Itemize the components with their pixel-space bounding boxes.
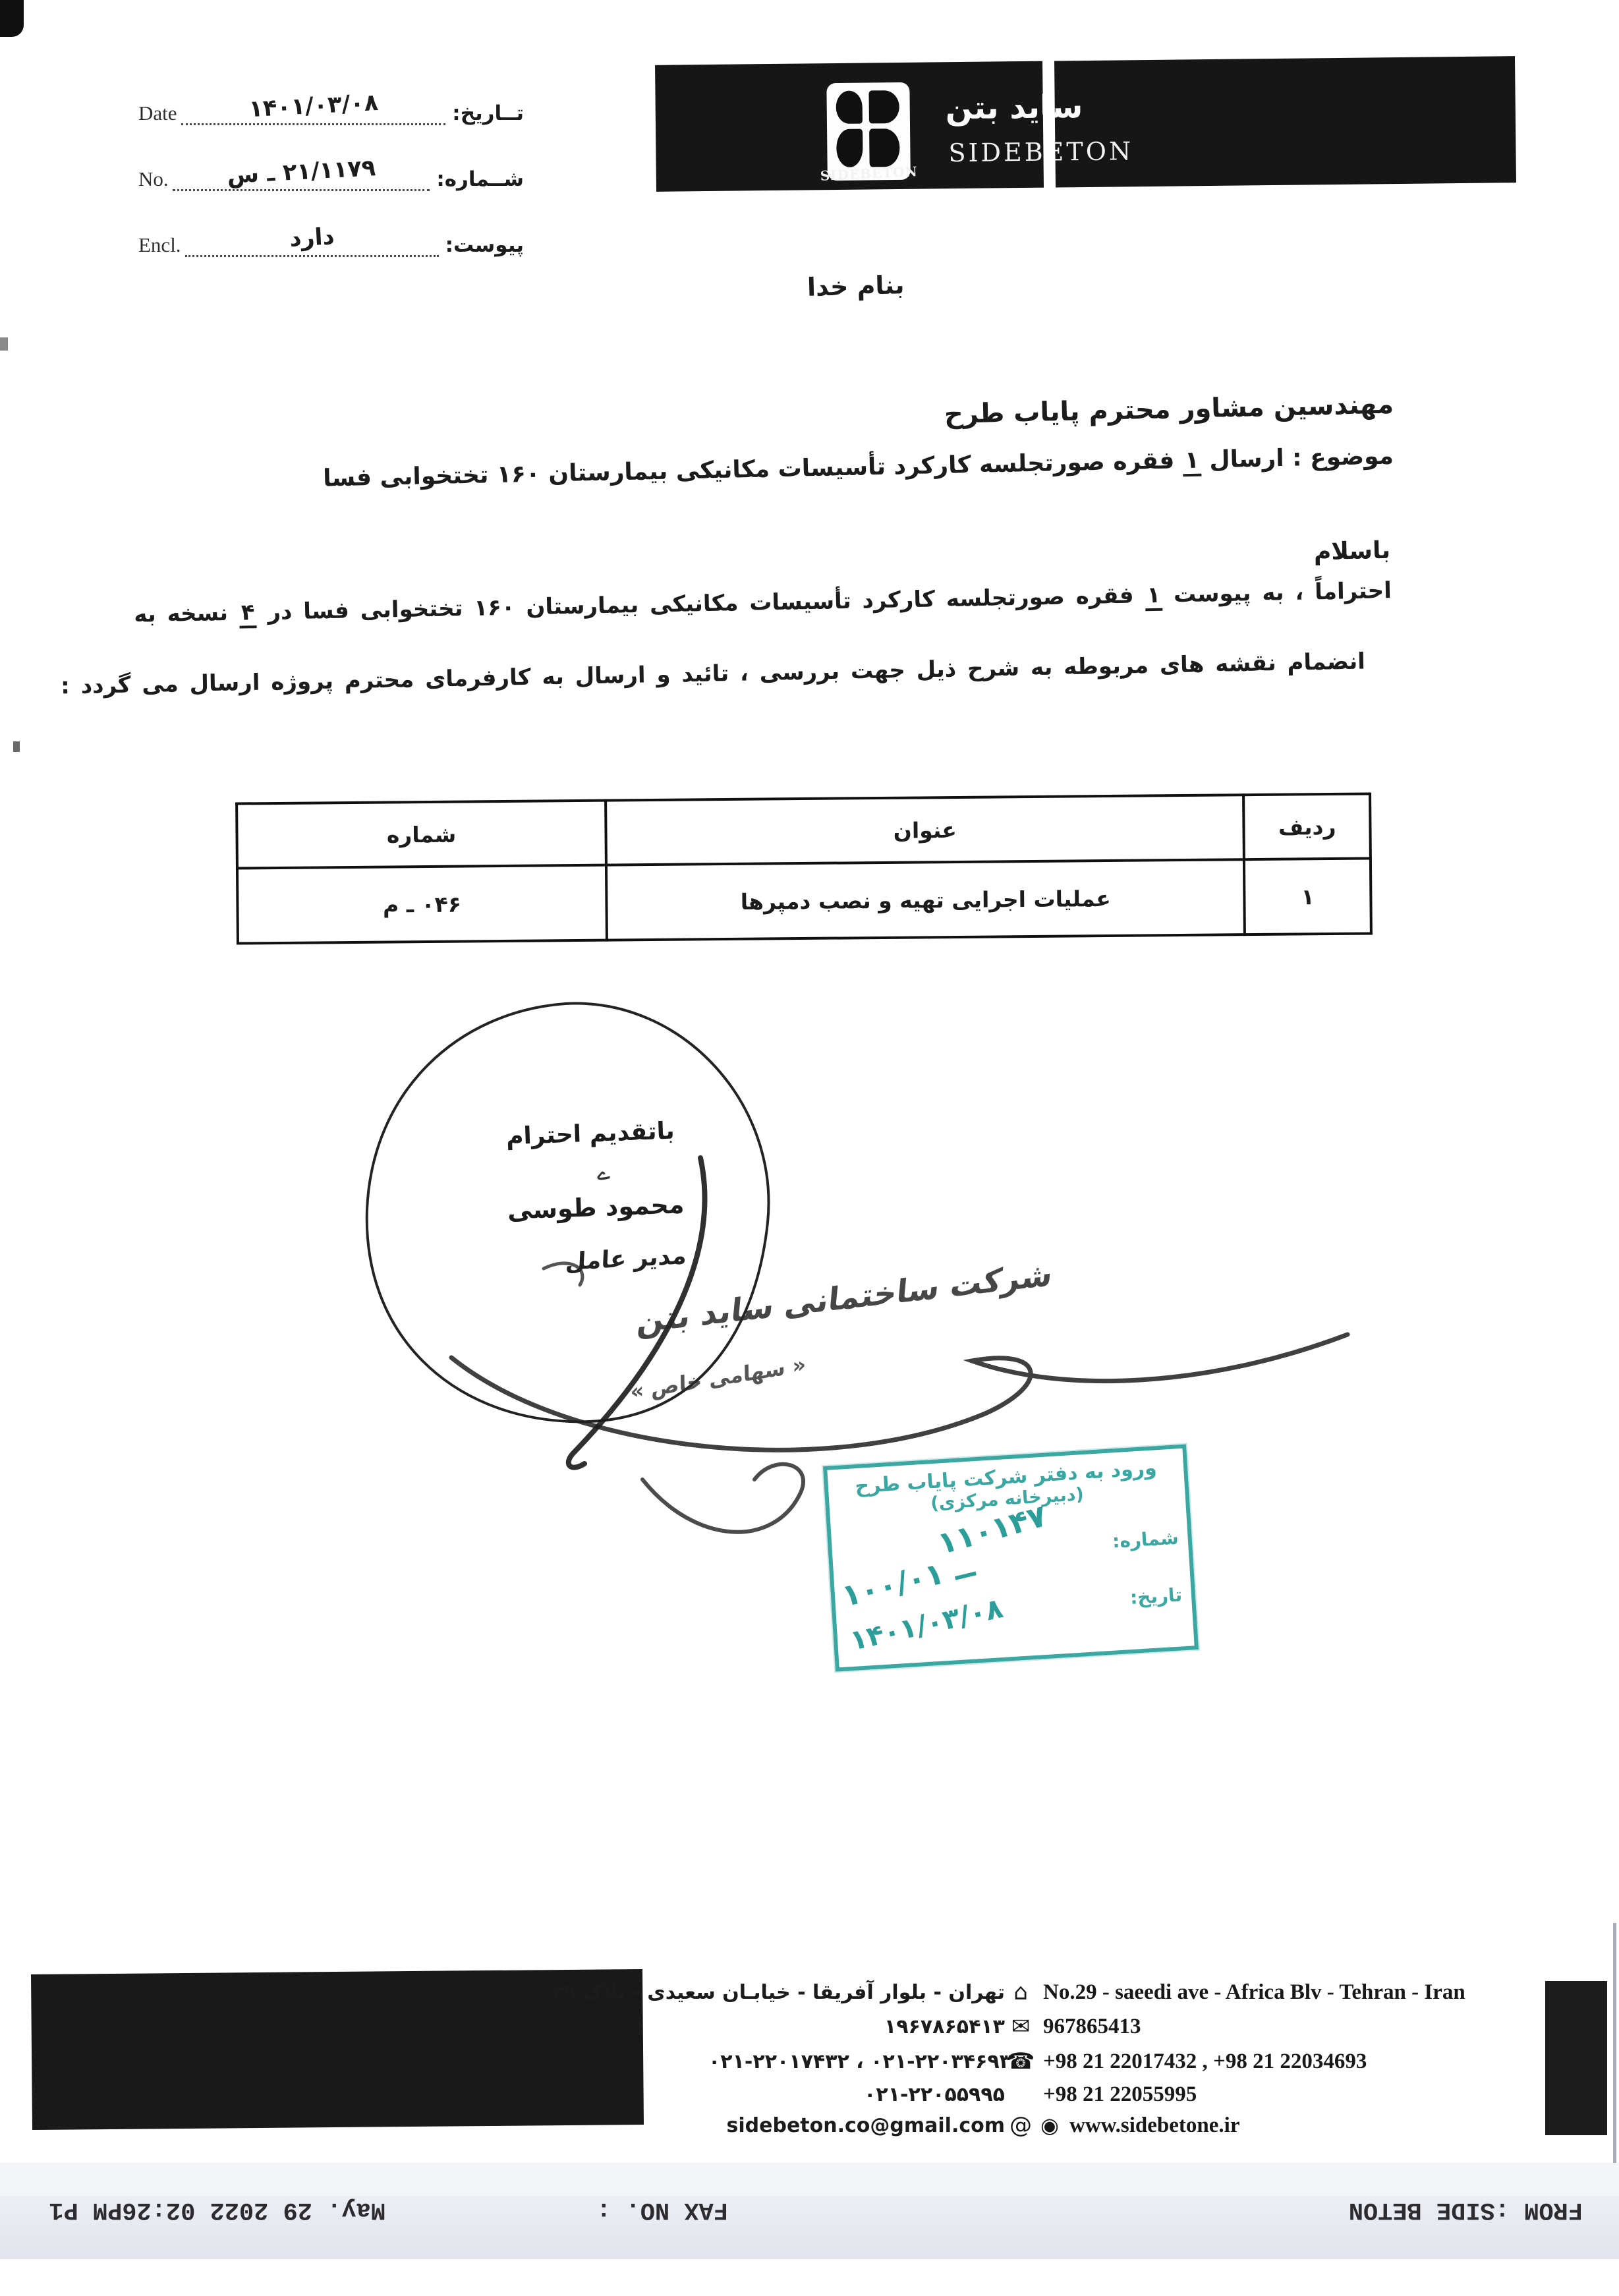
scan-edge-mark bbox=[13, 741, 20, 752]
number-dotted-line: ۲۱/۱۱۷۹ ـ س bbox=[173, 142, 430, 191]
subject-line: موضوع : ارسال ۱ فقره صورتجلسه کارکرد تأس… bbox=[484, 443, 1394, 489]
website-url: www.sidebetone.ir bbox=[1063, 2113, 1545, 2138]
address-en: No.29 - saeedi ave - Africa Blv - Tehran… bbox=[1037, 1980, 1545, 2005]
works-table: ردیف عنوان شماره ۱ عملیات اجرایی تهیه و … bbox=[235, 792, 1373, 944]
body-line-1: احتراماً ، به پیوست ۱ فقره صورتجلسه کارک… bbox=[231, 577, 1392, 626]
postal-code-fa: ۱۹۶۷۸۶۵۴۱۳ bbox=[708, 2015, 1005, 2038]
entry-stamp: ورود به دفتر شرکت پایاب طرح (دبیرخانه مر… bbox=[823, 1444, 1199, 1671]
addressee-line: مهندسین مشاور محترم پایاب طرح bbox=[959, 389, 1394, 430]
date-label-fa: تــاریخ: bbox=[445, 101, 524, 125]
body-l1-a: احتراماً ، به پیوست bbox=[1162, 577, 1392, 608]
phone-fa: ۰۲۱-۲۲۰۱۷۴۳۲ ، ۰۲۱-۲۲۰۳۴۶۹۳ bbox=[708, 2050, 1005, 2073]
home-icon: ⌂ bbox=[1005, 1979, 1037, 2005]
signatory-name: محمود طوسی bbox=[507, 1190, 685, 1224]
cell-radif: ۱ bbox=[1244, 858, 1371, 934]
stamp-number-label: شماره: bbox=[1112, 1526, 1179, 1552]
fax-number-text: FAX NO. : bbox=[596, 2196, 728, 2224]
phone-row-2: ۰۲۱-۲۲۰۵۵۹۹۵ +98 21 22055995 bbox=[708, 2078, 1545, 2111]
enclosure-dotted-line: دارد bbox=[185, 208, 439, 257]
postal-code-row: ۱۹۶۷۸۶۵۴۱۳ ✉ 967865413 bbox=[708, 2010, 1545, 2043]
email-address: sidebeton.co@gmail.com bbox=[708, 2114, 1005, 2137]
cell-shomareh: ۰۴۶ ـ م bbox=[237, 865, 607, 944]
date-label-en: Date bbox=[138, 101, 181, 125]
address-fa: تهران - بلوار آفریقا - خیابـان سعیدی - پ… bbox=[708, 1981, 1005, 2004]
fax-datetime-text: May. 29 2022 02:26PM P1 bbox=[49, 2196, 385, 2224]
date-field-row: Date ۱۴۰۱/۰۳/۰۸ تــاریخ: bbox=[138, 78, 524, 125]
enclosure-label-en: Encl. bbox=[138, 233, 185, 257]
table-row: ۱ عملیات اجرایی تهیه و نصب دمپرها ۰۴۶ ـ … bbox=[237, 858, 1371, 943]
col-header-onvan: عنوان bbox=[606, 795, 1244, 865]
date-dotted-line: ۱۴۰۱/۰۳/۰۸ bbox=[181, 76, 446, 125]
body-l1-count: ۱ bbox=[1145, 582, 1163, 612]
fax-from-text: FROM :SIDE BETON bbox=[1349, 2196, 1583, 2224]
salutation-line: باسلام bbox=[1311, 537, 1391, 566]
logo-monogram-icon bbox=[836, 129, 863, 167]
stamp-date-label: تاریخ: bbox=[1129, 1584, 1183, 1609]
col-header-radif: ردیف bbox=[1243, 793, 1370, 859]
web-row: sidebeton.co@gmail.com @ ◉ www.sidebeton… bbox=[708, 2109, 1545, 2142]
body-l1-c: نسخه به bbox=[134, 600, 239, 628]
logo-monogram-icon bbox=[836, 91, 863, 124]
scan-edge-line bbox=[1613, 1923, 1616, 2191]
scan-black-block-right bbox=[1545, 1981, 1607, 2135]
col-header-shomareh: شماره bbox=[237, 801, 606, 869]
logo-monogram-icon bbox=[868, 90, 899, 123]
fax-header-strip: FROM :SIDE BETON FAX NO. : May. 29 2022 … bbox=[0, 2183, 1619, 2233]
postal-code-en: 967865413 bbox=[1037, 2015, 1545, 2039]
scan-gap-artifact bbox=[1042, 57, 1056, 192]
besmellah-line: بنام خدا bbox=[807, 270, 905, 302]
phone-row: ۰۲۱-۲۲۰۱۷۴۳۲ ، ۰۲۱-۲۲۰۳۴۶۹۳ ☎ +98 21 220… bbox=[708, 2045, 1545, 2078]
globe-icon: ◉ bbox=[1037, 2113, 1063, 2138]
mail-icon: ✉ bbox=[1005, 2013, 1037, 2040]
scan-edge-mark bbox=[0, 337, 8, 351]
brand-name-en: SIDEBETON bbox=[948, 136, 1133, 167]
cell-onvan: عملیات اجرایی تهیه و نصب دمپرها bbox=[606, 859, 1245, 940]
body-l1-b: فقره صورتجلسه کارکرد تأسیسات مکانیکی بیم… bbox=[256, 582, 1145, 625]
letterhead-bar: SIDEBETON ساید بتن SIDEBETON bbox=[655, 56, 1516, 192]
number-label-fa: شــماره: bbox=[430, 167, 524, 191]
date-value: ۱۴۰۱/۰۳/۰۸ bbox=[181, 86, 446, 127]
phone2-fa: ۰۲۱-۲۲۰۵۵۹۹۵ bbox=[708, 2083, 1005, 2106]
phone-en: +98 21 22017432 , +98 21 22034693 bbox=[1037, 2050, 1545, 2074]
body-l1-copies: ۴ bbox=[239, 599, 257, 629]
number-value: ۲۱/۱۱۷۹ ـ س bbox=[172, 152, 430, 192]
enclosure-label-fa: پیوست: bbox=[439, 233, 524, 257]
body-line-2: انضمام نقشه های مربوطه به شرح ذیل جهت بر… bbox=[231, 648, 1365, 696]
at-icon: @ bbox=[1005, 2112, 1037, 2138]
number-label-en: No. bbox=[138, 167, 173, 191]
table-header-row: ردیف عنوان شماره bbox=[237, 793, 1371, 868]
phone2-en: +98 21 22055995 bbox=[1037, 2082, 1545, 2107]
address-row: تهران - بلوار آفریقا - خیابـان سعیدی - پ… bbox=[708, 1976, 1545, 2009]
number-field-row: No. ۲۱/۱۱۷۹ ـ س شــماره: bbox=[138, 144, 524, 191]
enclosure-value: دارد bbox=[185, 218, 440, 258]
subject-post: فقره صورتجلسه کارکرد تأسیسات مکانیکی بیم… bbox=[323, 447, 1183, 492]
phone-icon: ☎ bbox=[1005, 2048, 1037, 2075]
scanned-letter-page: Date ۱۴۰۱/۰۳/۰۸ تــاریخ: No. ۲۱/۱۱۷۹ ـ س… bbox=[0, 0, 1619, 2296]
subject-pre: موضوع : ارسال bbox=[1201, 443, 1394, 474]
scan-corner-mark bbox=[0, 0, 24, 37]
logo-monogram-icon bbox=[869, 129, 900, 167]
enclosure-field-row: Encl. دارد پیوست: bbox=[138, 210, 524, 257]
subject-count: ۱ bbox=[1182, 447, 1201, 477]
brand-name-fa: ساید بتن bbox=[945, 88, 1083, 127]
